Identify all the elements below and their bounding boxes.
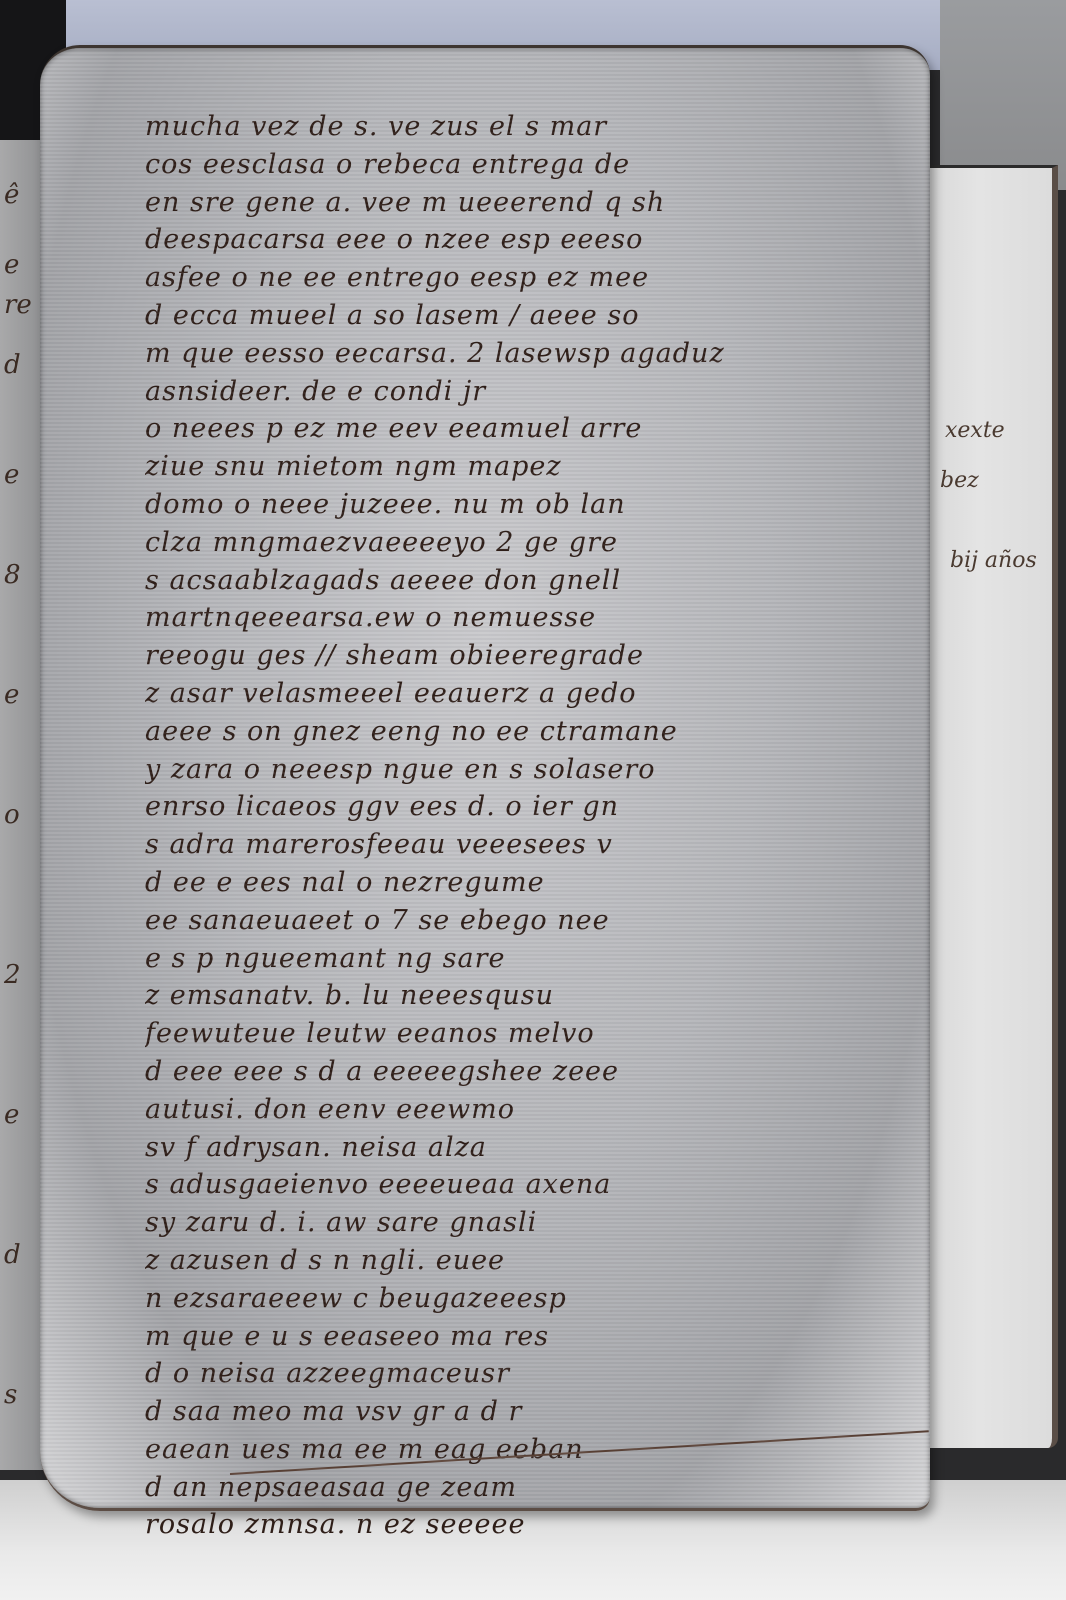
- text-line: z emsanatv. b. lu neeesqusu: [145, 977, 955, 1015]
- text-line: s acsaablzagads aeeee don gnell: [145, 562, 955, 600]
- left-page-fragment: re: [4, 290, 32, 320]
- left-page-fragment: e: [4, 460, 19, 490]
- left-page-fragment: d: [4, 350, 21, 380]
- text-line: s adusgaeienvo eeeeueaa axena: [145, 1166, 955, 1204]
- text-line: s adra marerosfeeau veeesees v: [145, 826, 955, 864]
- left-page-fragment: o: [4, 800, 20, 830]
- left-page-fragment: 8: [4, 560, 21, 590]
- left-page-fragment: s: [4, 1380, 17, 1410]
- text-line: ee sanaeuaeet o 7 se ebego nee: [145, 902, 955, 940]
- left-page-fragment: ê: [4, 180, 19, 210]
- margin-note: bij años: [950, 548, 1037, 573]
- text-line: d saa meo ma vsv gr a d r: [145, 1393, 955, 1431]
- text-line: deespacarsa eee o nzee esp eeeso: [145, 221, 955, 259]
- left-page-fragment: e: [4, 1100, 19, 1130]
- text-line: z asar velasmeeel eeauerz a gedo: [145, 675, 955, 713]
- text-line: sv f adrysan. neisa alza: [145, 1129, 955, 1167]
- text-line: asnsideer. de e condi jr: [145, 373, 955, 411]
- text-line: enrso licaeos ggv ees d. o ier gn: [145, 788, 955, 826]
- text-line: rosalo zmnsa. n ez seeeee: [145, 1506, 955, 1544]
- text-line: ziue snu mietom ngm mapez: [145, 448, 955, 486]
- text-line: mucha vez de s. ve zus el s mar: [145, 108, 955, 146]
- text-line: sy zaru d. i. aw sare gnasli: [145, 1204, 955, 1242]
- left-page-fragment: 2: [4, 960, 21, 990]
- text-line: autusi. don eenv eeewmo: [145, 1091, 955, 1129]
- text-line: m que e u s eeaseeo ma res: [145, 1318, 955, 1356]
- left-page-fragment: e: [4, 680, 19, 710]
- text-line: feewuteue leutw eeanos melvo: [145, 1015, 955, 1053]
- manuscript-text: mucha vez de s. ve zus el s mar cos eesc…: [145, 108, 955, 1544]
- text-line: y zara o neeesp ngue en s solasero: [145, 751, 955, 789]
- text-line: d o neisa azzeegmaceusr: [145, 1355, 955, 1393]
- text-line: martnqeeearsa.ew o nemuesse: [145, 599, 955, 637]
- text-line: clza mngmaezvaeeeeyo 2 ge gre: [145, 524, 955, 562]
- text-line: m que eesso eecarsa. 2 lasewsp agaduz: [145, 335, 955, 373]
- text-line: e s p ngueemant ng sare: [145, 940, 955, 978]
- text-line: domo o neee juzeee. nu m ob lan: [145, 486, 955, 524]
- text-line: aeee s on gnez eeng no ee ctramane: [145, 713, 955, 751]
- text-line: en sre gene a. vee m ueeerend q sh: [145, 184, 955, 222]
- text-line: cos eesclasa o rebeca entrega de: [145, 146, 955, 184]
- manuscript-page: mucha vez de s. ve zus el s mar cos eesc…: [40, 45, 930, 1511]
- gray-background: [940, 0, 1066, 190]
- text-line: d ee e ees nal o nezregume: [145, 864, 955, 902]
- text-line: d an nepsaeasaa ge zeam: [145, 1469, 955, 1507]
- text-line: d eee eee s d a eeeeegshee zeee: [145, 1053, 955, 1091]
- text-line: d ecca mueel a so lasem / aeee so: [145, 297, 955, 335]
- text-line: eaean ues ma ee m eag eeban: [145, 1431, 955, 1469]
- left-page-fragment: d: [4, 1240, 21, 1270]
- text-line: o neees p ez me eev eeamuel arre: [145, 410, 955, 448]
- closing-rule-line: [230, 1430, 929, 1475]
- text-line: z azusen d s n ngli. euee: [145, 1242, 955, 1280]
- text-line: reeogu ges // sheam obieeregrade: [145, 637, 955, 675]
- text-line: asfee o ne ee entrego eesp ez mee: [145, 259, 955, 297]
- text-line: n ezsaraeeew c beugazeeesp: [145, 1280, 955, 1318]
- left-page-fragment: e: [4, 250, 19, 280]
